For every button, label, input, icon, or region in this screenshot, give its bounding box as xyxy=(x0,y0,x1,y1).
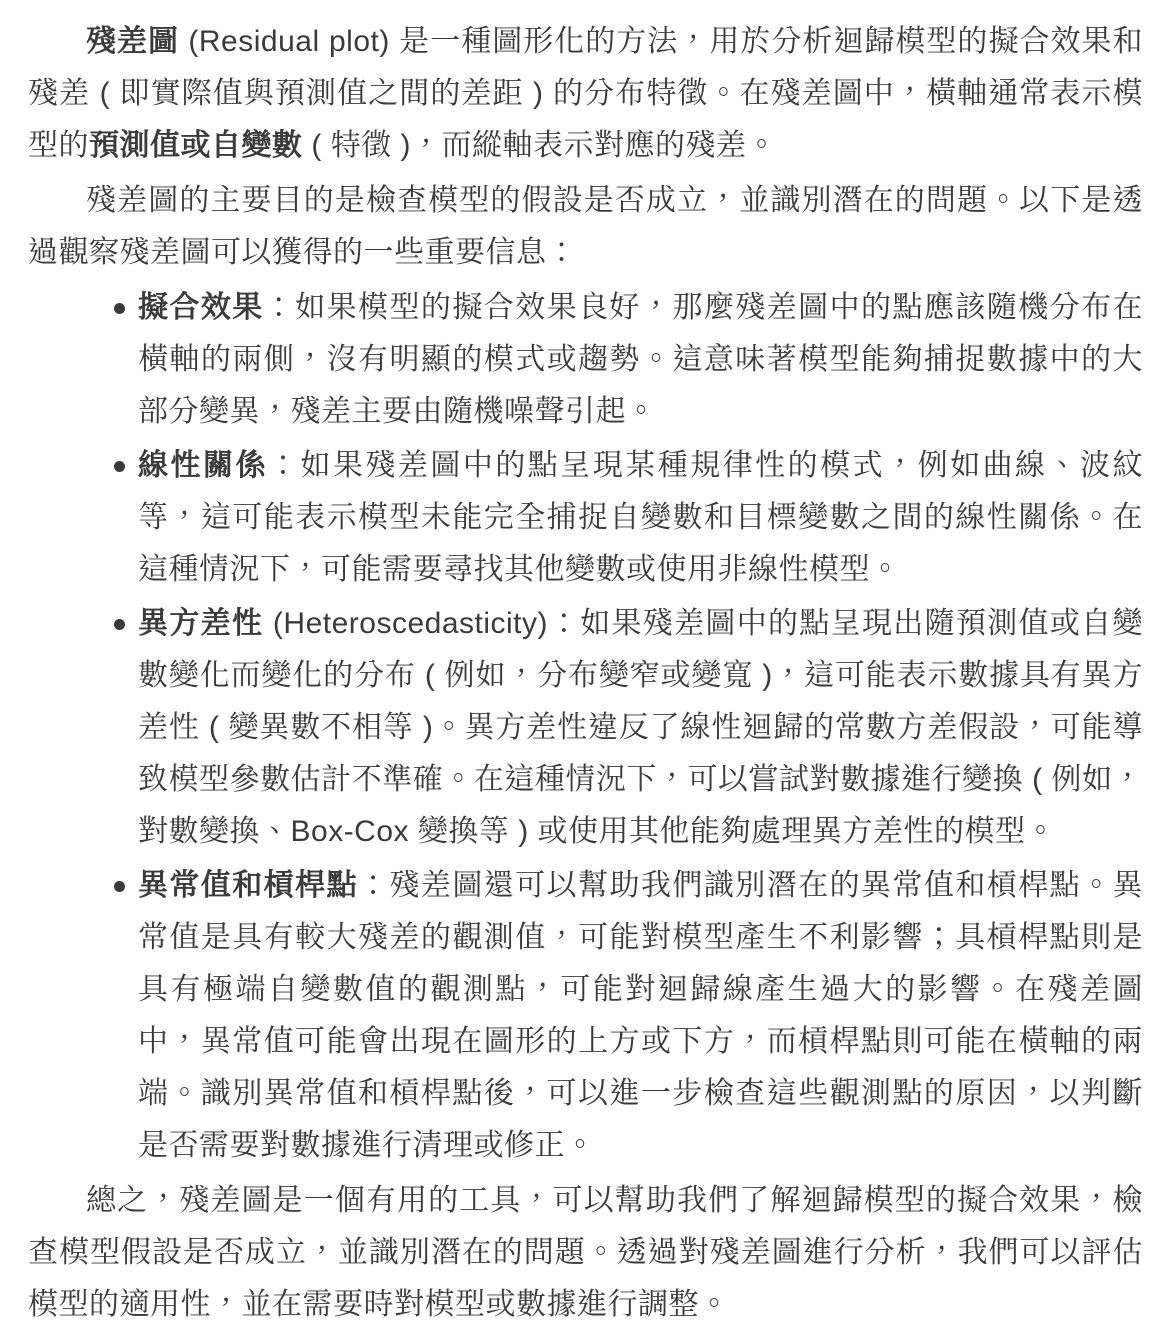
bullet-icon xyxy=(114,303,125,314)
bullet-icon xyxy=(114,461,125,472)
list-item-heteroscedasticity: 異方差性 (Heteroscedasticity)：如果殘差圖中的點呈現出隨預測… xyxy=(28,598,1143,858)
bullet-label-english: (Heteroscedasticity) xyxy=(263,607,548,640)
list-item-linearity: 線性關係：如果殘差圖中的點呈現某種規律性的模式，例如曲線、波紋等，這可能表示模型… xyxy=(28,440,1143,596)
intro-paragraph: 殘差圖 (Residual plot) 是一種圖形化的方法，用於分析迴歸模型的擬… xyxy=(28,16,1143,172)
bullet-icon xyxy=(114,619,125,630)
intro-text-2: ( 特徵 )，而縱軸表示對應的殘差。 xyxy=(303,129,778,162)
bullet-body: ：如果模型的擬合效果良好，那麼殘差圖中的點應該隨機分布在橫軸的兩側，沒有明顯的模… xyxy=(138,291,1143,428)
term-residual-plot: 殘差圖 xyxy=(86,25,179,58)
closing-paragraph: 總之，殘差圖是一個有用的工具，可以幫助我們了解迴歸模型的擬合效果，檢查模型假設是… xyxy=(28,1175,1143,1331)
bullet-body: ：如果殘差圖中的點呈現出隨預測值或自變數變化而變化的分布 ( 例如，分布變窄或變… xyxy=(138,607,1143,848)
bullet-body: ：如果殘差圖中的點呈現某種規律性的模式，例如曲線、波紋等，這可能表示模型未能完全… xyxy=(138,449,1143,586)
document-page: 殘差圖 (Residual plot) 是一種圖形化的方法，用於分析迴歸模型的擬… xyxy=(0,0,1171,1331)
list-item-fit-quality: 擬合效果：如果模型的擬合效果良好，那麼殘差圖中的點應該隨機分布在橫軸的兩側，沒有… xyxy=(28,282,1143,438)
list-item-outliers-leverage: 異常值和槓桿點：殘差圖還可以幫助我們識別潛在的異常值和槓桿點。異常值是具有較大殘… xyxy=(28,860,1143,1172)
bullet-label: 異常值和槓桿點 xyxy=(138,869,358,902)
bullet-icon xyxy=(114,881,125,892)
purpose-paragraph: 殘差圖的主要目的是檢查模型的假設是否成立，並識別潛在的問題。以下是透過觀察殘差圖… xyxy=(28,175,1143,279)
bullet-label: 線性關係 xyxy=(138,449,268,482)
bullet-body: ：殘差圖還可以幫助我們識別潛在的異常值和槓桿點。異常值是具有較大殘差的觀測值，可… xyxy=(138,869,1143,1162)
bullet-label: 異方差性 xyxy=(138,607,263,640)
term-predicted-or-feature: 預測值或自變數 xyxy=(89,129,303,162)
key-points-list: 擬合效果：如果模型的擬合效果良好，那麼殘差圖中的點應該隨機分布在橫軸的兩側，沒有… xyxy=(28,282,1143,1172)
bullet-label: 擬合效果 xyxy=(138,291,264,324)
